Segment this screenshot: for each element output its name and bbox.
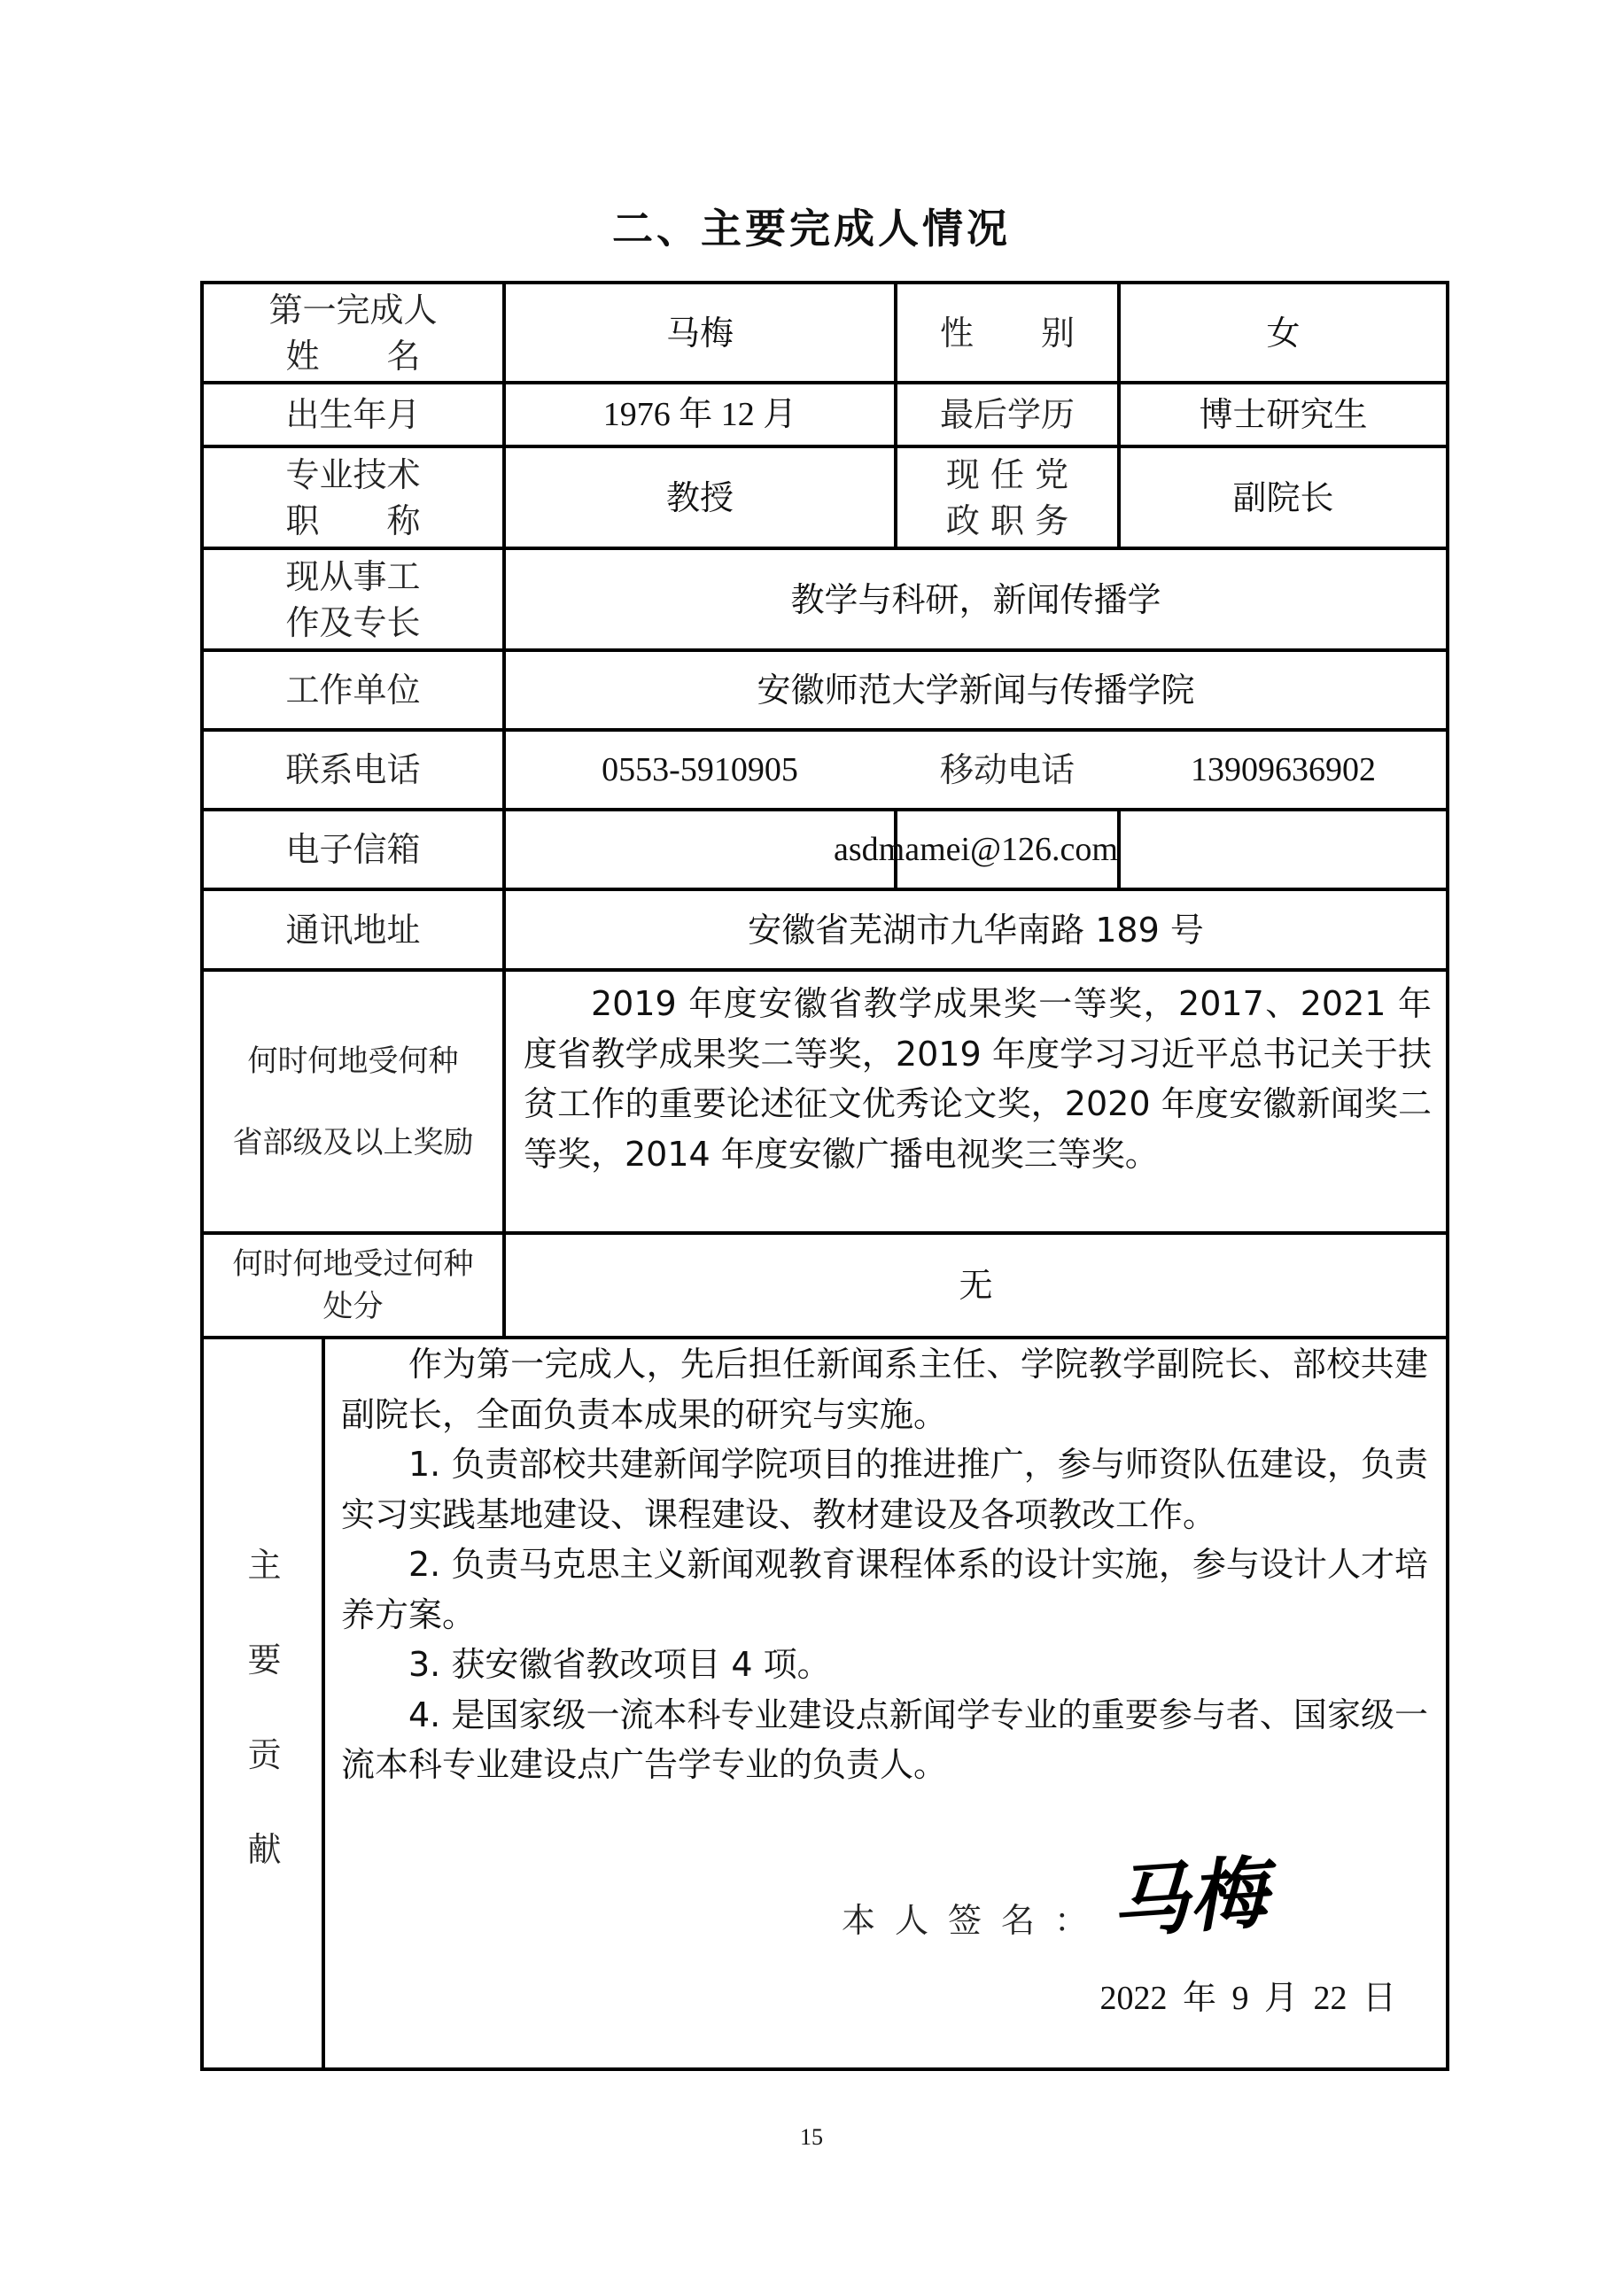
professional-title-label: 专业技术 职 称 [204, 448, 502, 547]
gender-label: 性 别 [897, 284, 1117, 381]
page-title: 二、主要完成人情况 [0, 202, 1623, 255]
contribution-text: 作为第一完成人，先后担任新闻系主任、学院教学副院长、部校共建副院长，全面负责本成… [329, 1339, 1441, 1790]
party-position-label: 现 任 党 政 职 务 [897, 448, 1117, 547]
awards-value: 2019 年度安徽省教学成果奖一等奖，2017、2021 年度省教学成果奖二等奖… [506, 972, 1446, 1231]
contribution-paragraph: 1. 负责部校共建新闻学院项目的推进推广，参与师资队伍建设，负责实习实践基地建设… [341, 1439, 1428, 1540]
name-label-line1: 第一完成人 [268, 287, 437, 333]
contribution-label: 主 要 贡 献 [204, 1339, 325, 2068]
signature-label: 本人签名： [842, 1893, 1107, 1942]
completer-info-table: 第一完成人 姓 名 马梅 性 别 女 出生年月 1976 年 12 月 最后学历… [200, 281, 1449, 2071]
work-specialty-value: 教学与科研，新闻传播学 [506, 550, 1446, 648]
awards-label-line1: 何时何地受何种 [248, 1040, 459, 1082]
work-specialty-label-line2: 作及专长 [285, 600, 420, 646]
name-label: 第一完成人 姓 名 [204, 284, 502, 381]
party-position-value: 副院长 [1121, 448, 1446, 547]
contribution-section: 主 要 贡 献 作为第一完成人，先后担任新闻系主任、学院教学副院长、部校共建副院… [204, 1339, 1446, 2068]
phone-label: 联系电话 [204, 732, 502, 808]
education-value: 博士研究生 [1121, 384, 1446, 445]
work-specialty-label: 现从事工 作及专长 [204, 550, 502, 648]
awards-label: 何时何地受何种 省部级及以上奖励 [204, 972, 502, 1231]
penalty-value: 无 [506, 1235, 1446, 1336]
contribution-paragraph: 2. 负责马克思主义新闻观教育课程体系的设计实施，参与设计人才培养方案。 [341, 1540, 1428, 1640]
email-value: asdmamei@126.com [506, 811, 1446, 888]
party-position-label-line2: 政 职 务 [946, 498, 1068, 544]
page-number: 15 [0, 2124, 1623, 2151]
education-label: 最后学历 [897, 384, 1117, 445]
address-value: 安徽省芜湖市九华南路 189 号 [506, 891, 1446, 968]
contribution-paragraph: 作为第一完成人，先后担任新闻系主任、学院教学副院长、部校共建副院长，全面负责本成… [341, 1339, 1428, 1439]
contribution-label-char: 要 [247, 1633, 281, 1681]
birth-value: 1976 年 12 月 [506, 384, 894, 445]
penalty-label-line1: 何时何地受过何种 [233, 1243, 474, 1285]
name-label-line2: 姓 名 [285, 333, 420, 379]
gender-value: 女 [1121, 284, 1446, 381]
address-label: 通讯地址 [204, 891, 502, 968]
awards-label-line2: 省部级及以上奖励 [233, 1121, 474, 1164]
contribution-paragraph: 3. 获安徽省教改项目 4 项。 [341, 1640, 1428, 1690]
party-position-label-line1: 现 任 党 [946, 452, 1068, 498]
signature-block: 本人签名： 马梅 [842, 1853, 1267, 1942]
employer-label: 工作单位 [204, 652, 502, 728]
professional-title-label-line1: 专业技术 [285, 452, 420, 498]
contribution-paragraph: 4. 是国家级一流本科专业建设点新闻学专业的重要参与者、国家级一流本科专业建设点… [341, 1690, 1428, 1790]
employer-value: 安徽师范大学新闻与传播学院 [506, 652, 1446, 728]
email-label: 电子信箱 [204, 811, 502, 888]
birth-label: 出生年月 [204, 384, 502, 445]
penalty-label: 何时何地受过何种 处分 [204, 1235, 502, 1336]
contribution-label-char: 主 [247, 1538, 281, 1586]
work-specialty-label-line1: 现从事工 [285, 554, 420, 600]
penalty-label-line2: 处分 [323, 1285, 384, 1328]
contribution-label-char: 献 [247, 1822, 281, 1871]
awards-paragraph: 2019 年度安徽省教学成果奖一等奖，2017、2021 年度省教学成果奖二等奖… [524, 979, 1432, 1179]
handwritten-signature: 马梅 [1108, 1848, 1270, 1947]
contribution-label-char: 贡 [247, 1727, 281, 1776]
mobile-value: 13909636902 [1121, 732, 1446, 808]
phone-value: 0553-5910905 [506, 732, 894, 808]
mobile-label: 移动电话 [897, 732, 1117, 808]
name-value: 马梅 [506, 284, 894, 381]
professional-title-label-line2: 职 称 [285, 498, 420, 544]
signature-date: 2022 年 9 月 22 日 [1099, 1970, 1396, 2019]
professional-title-value: 教授 [506, 448, 894, 547]
